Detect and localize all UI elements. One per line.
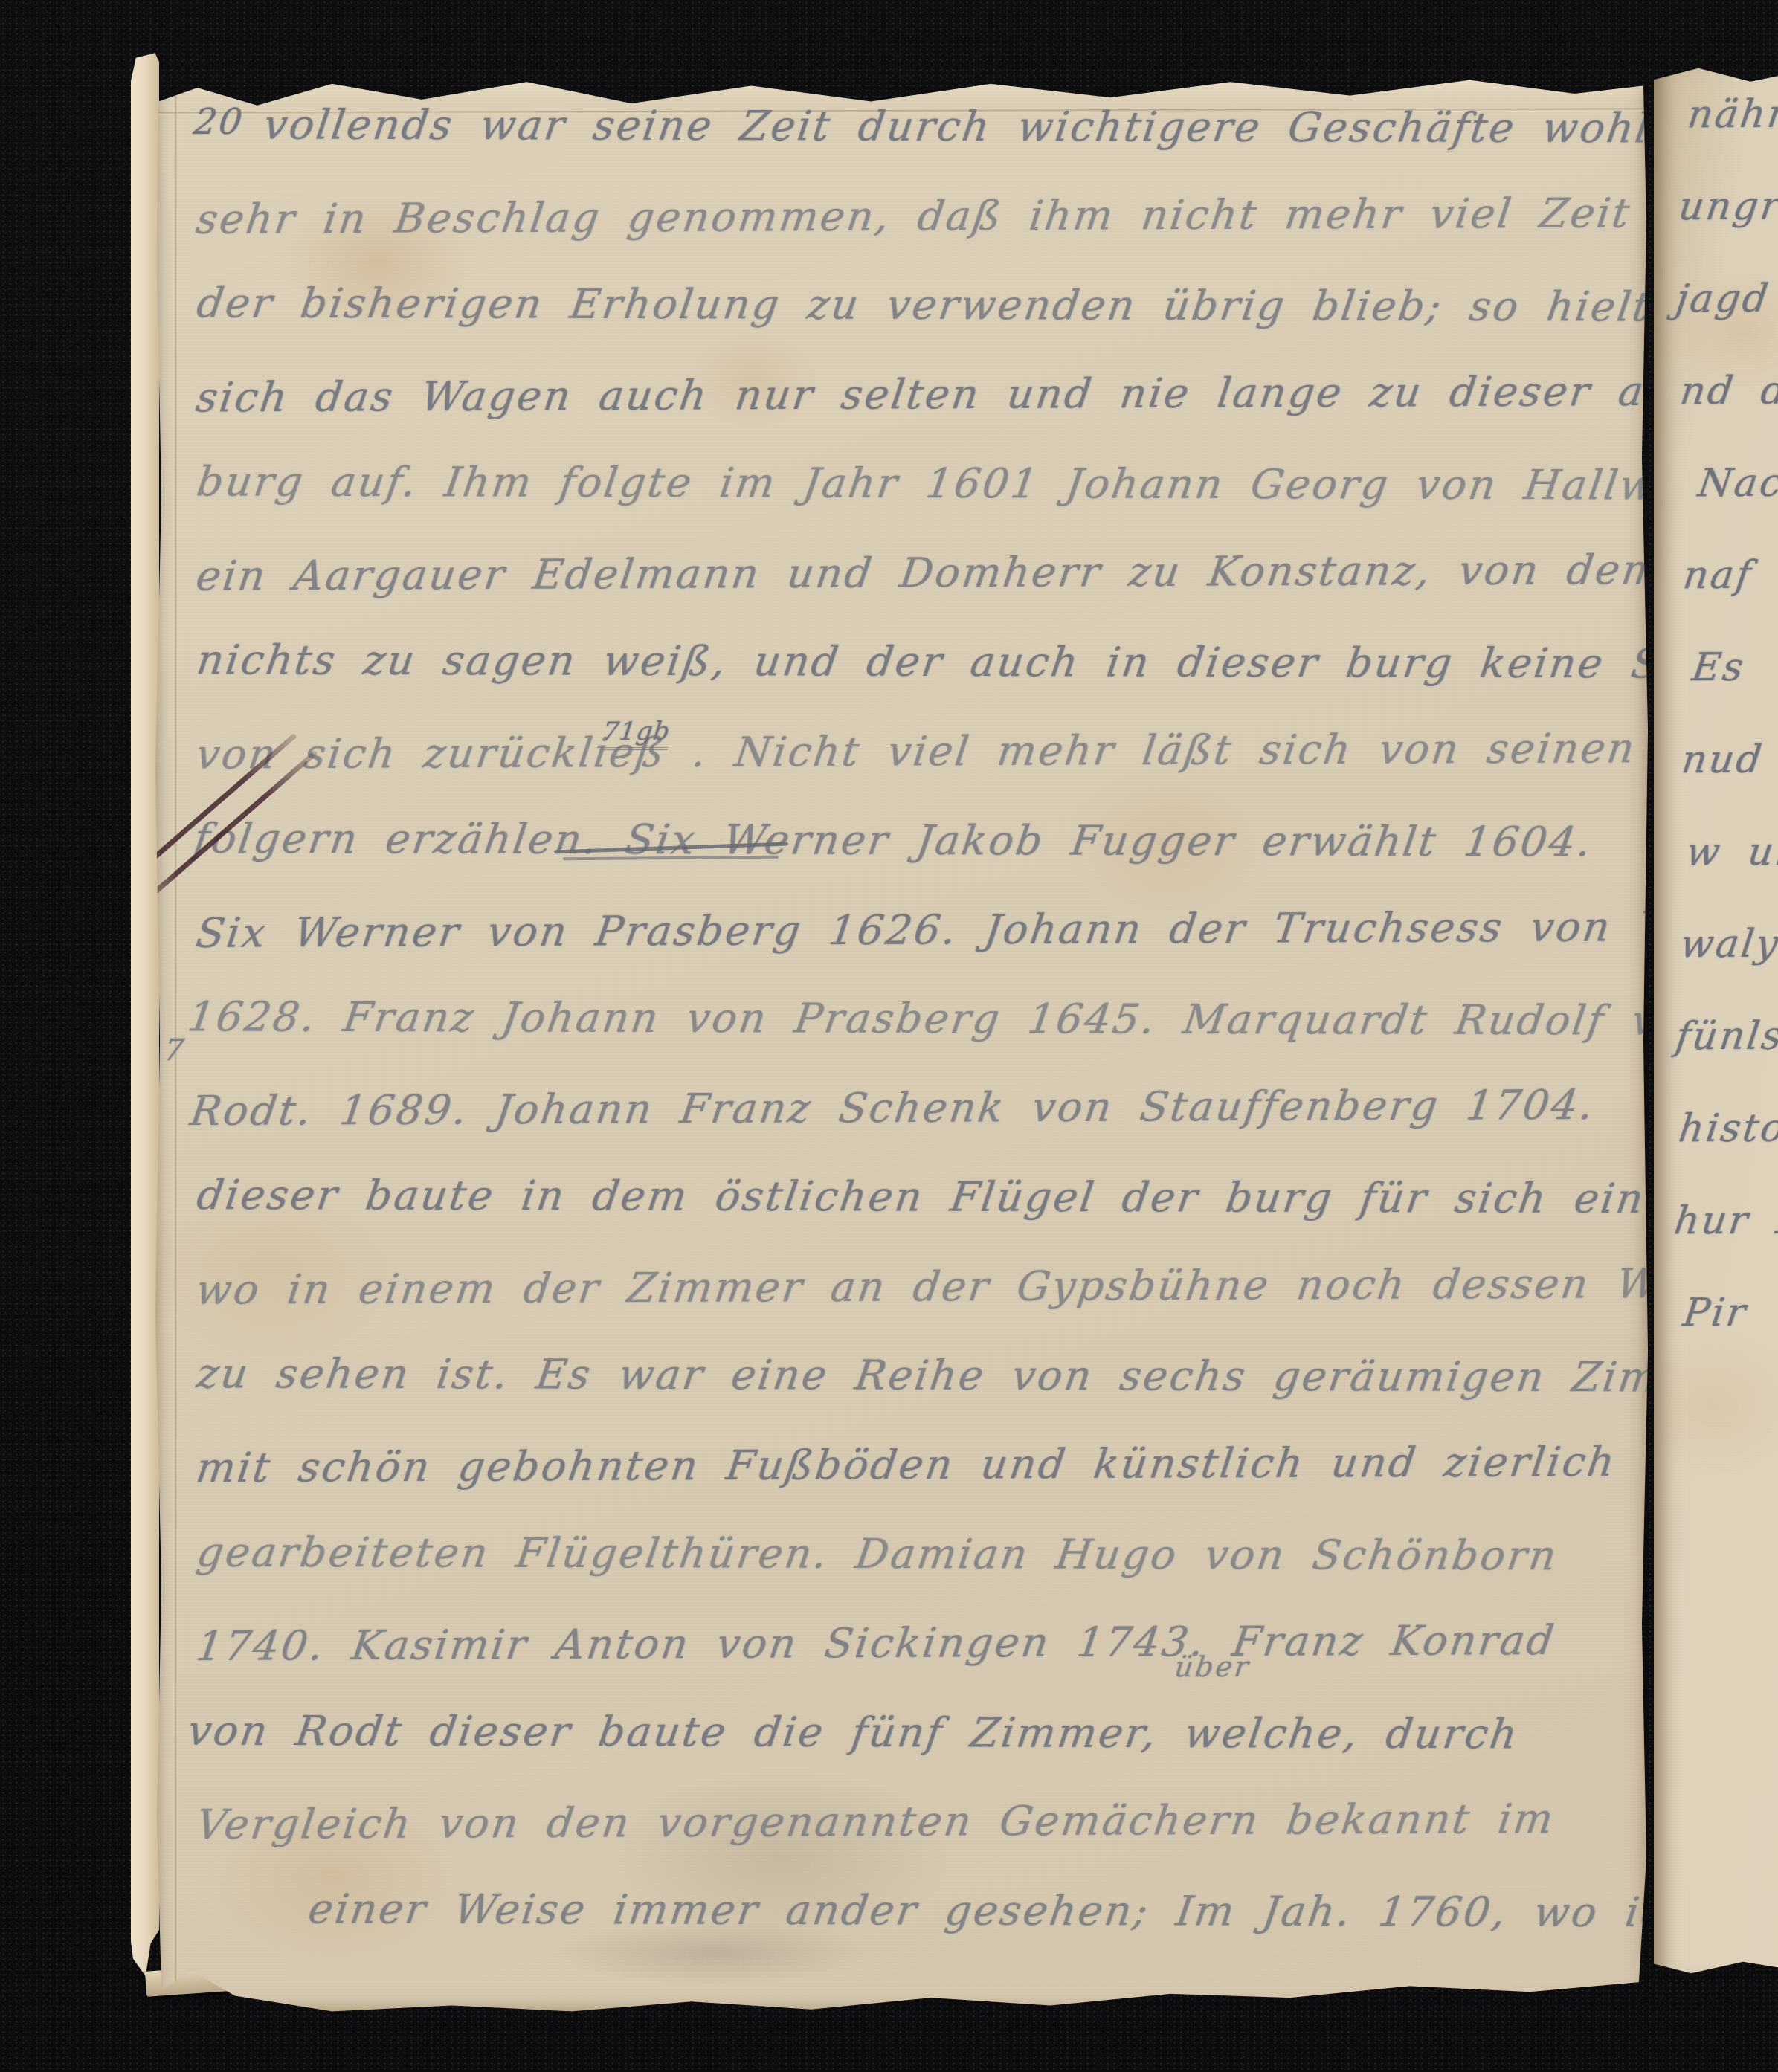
handwriting-line: von sich zurückließ . Nicht viel mehr lä… <box>193 723 1778 778</box>
adjacent-page-edge: nähmungrjagdnd dNachnafEsnudw unwalyfünl… <box>1654 62 1778 1979</box>
handwriting-line: wo in einem der Zimmer an der Gypsbühne … <box>193 1259 1778 1313</box>
interlinear-insert-mark: 71gb <box>600 717 672 750</box>
handwriting-fragment: Nach <box>1695 461 1778 506</box>
handwriting-line: sich das Wagen auch nur selten und nie l… <box>193 367 1738 421</box>
handwriting-line: zu sehen ist. Es war eine Reihe von sech… <box>194 1349 1778 1401</box>
handwriting-line: dieser baute in dem östlichen Flügel der… <box>194 1171 1778 1223</box>
handwriting-line: sehr in Beschlag genommen, daß ihm nicht… <box>193 188 1778 243</box>
handwriting-line: Rodt. 1689. Johann Franz Schenk von Stau… <box>187 1081 1598 1135</box>
handwriting-line: mit schön gebohnten Fußböden und künstli… <box>193 1438 1620 1491</box>
handwriting-line: der bisherigen Erholung zu verwenden übr… <box>194 279 1655 330</box>
handwriting-fragment: waly <box>1678 922 1778 967</box>
handwriting-line: von Rodt dieser baute die fünf Zimmer, w… <box>185 1707 1522 1758</box>
handwriting-line: gearbeiteten Flügelthüren. Damian Hugo v… <box>194 1529 1562 1580</box>
interlinear-insert-word: über <box>1173 1650 1253 1683</box>
margin-mark: 7 <box>162 1033 188 1068</box>
handwriting-line: 1628. Franz Johann von Prasberg 1645. Ma… <box>185 993 1716 1044</box>
handwriting-line: 1740. Kasimir Anton von Sickingen 1743. … <box>193 1616 1559 1670</box>
handwriting-line: Vergleich von den vorgenannten Gemächern… <box>193 1795 1558 1848</box>
torn-leaf-stub-edge <box>131 52 159 1976</box>
handwriting-fragment: w un <box>1684 830 1778 875</box>
handwriting-line: burg auf. Ihm folgte im Jahr 1601 Johann… <box>194 457 1691 509</box>
handwriting-fragment: nd d <box>1678 369 1778 414</box>
handwriting-line: vollends war seine Zeit durch wichtigere… <box>261 100 1732 152</box>
handwriting-line: Six Werner von Prasberg 1626. Johann der… <box>193 902 1778 957</box>
scanned-manuscript-spread: 20 vollends war seine Zeit durch wichtig… <box>0 0 1778 2072</box>
handwriting-fragment: Es <box>1690 645 1748 690</box>
manuscript-page: 20 vollends war seine Zeit durch wichtig… <box>152 68 1649 2013</box>
handwriting-fragment: ungr <box>1676 184 1778 230</box>
handwriting-fragment: histo <box>1676 1106 1778 1152</box>
handwriting-fragment: fünls <box>1673 1014 1778 1059</box>
handwriting-fragment: hur E <box>1672 1198 1778 1244</box>
handwriting-fragment: Pir <box>1681 1291 1750 1335</box>
handwriting-line: nichts zu sagen weiß, und der auch in di… <box>194 636 1744 687</box>
page-number: 20 <box>191 101 247 143</box>
handwriting-fragment: nähm <box>1685 92 1778 138</box>
handwriting-line: einer Weise immer ander gesehen; Im Jah.… <box>306 1885 1778 1936</box>
handwriting-line: ein Aargauer Edelmann und Domherr zu Kon… <box>193 545 1762 599</box>
handwriting-fragment: nud <box>1679 738 1767 782</box>
handwriting-fragment: jagd <box>1673 277 1773 322</box>
handwriting-fragment: naf <box>1681 553 1756 598</box>
handwriting-line: folgern erzählen. Six Werner Jakob Fugge… <box>191 815 1596 866</box>
